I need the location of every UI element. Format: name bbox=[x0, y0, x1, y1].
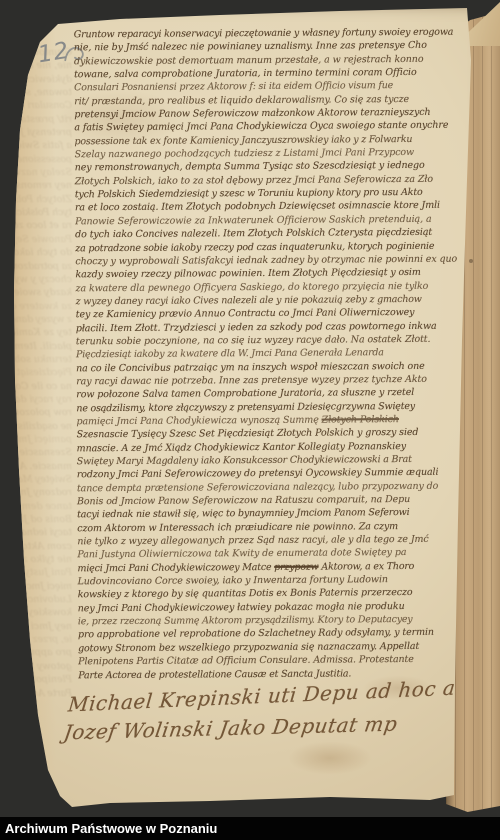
manuscript-line: Szelay nazwanego pochodzących tudziesz z… bbox=[75, 146, 447, 162]
manuscript-line: Pięcdziesiąt iakoby za kwatere dla W. Jm… bbox=[76, 346, 448, 362]
manuscript-line: dykiewiczowskie post demortuam manum prz… bbox=[74, 52, 446, 68]
manuscript-text: Gruntow reparacyi konserwacyi pieczętowa… bbox=[74, 26, 451, 682]
archive-bar: Archiwum Państwowe w Poznaniu bbox=[0, 817, 500, 840]
manuscript-line: Panowie Seferowiczowie za Inkwaterunek O… bbox=[75, 213, 447, 229]
manuscript-line: ie, przez rzeczoną Summę Aktorom przysąd… bbox=[78, 613, 450, 629]
manuscript-line: Ludovincoviano Corce swoiey, iako y Inwe… bbox=[78, 573, 450, 589]
manuscript-photo: Gruntow reparacyi konserwacyi pieczętowa… bbox=[0, 0, 500, 840]
manuscript-line: Swiętey Maryi Magdaleny iako Konsukcesso… bbox=[77, 453, 449, 469]
pencil-page-number: 12 bbox=[36, 38, 71, 69]
manuscript-line: Złotych Polskich, iako to za stoł dębowy… bbox=[75, 172, 447, 188]
manuscript-line: rit/ præstanda, pro realibus et liquido … bbox=[74, 92, 446, 108]
manuscript-line: Plenipotens Partis Citatæ ad Officium Co… bbox=[78, 653, 450, 669]
ink-bleed-through: Gruntow reparacyi konserwacyi pieczętowa… bbox=[2, 46, 72, 786]
manuscript-page: Gruntow reparacyi konserwacyi pieczętowa… bbox=[0, 0, 500, 840]
archive-watermark-label: Archiwum Państwowe w Poznaniu bbox=[5, 821, 217, 836]
manuscript-line: choczy y wyprobowali Satisfakcyi iednak … bbox=[75, 253, 447, 269]
manuscript-line: pamięci Jmci Pana Chodykiewicza wynoszą … bbox=[76, 413, 448, 429]
manuscript-line: Bonis od Jmciow Panow Seferowiczow na Ra… bbox=[77, 493, 449, 509]
signature-2: Jozef Wolinski Jako Deputat mp bbox=[62, 712, 399, 745]
manuscript-line: z wyzey daney racyi iako Cives nalezeli … bbox=[76, 293, 448, 309]
manuscript-line: ray racyi dawac nie potrzeba. Inne zas p… bbox=[76, 373, 448, 389]
manuscript-line: Pani Justyna Oliwierniczowa tak Kwity de… bbox=[77, 546, 449, 562]
